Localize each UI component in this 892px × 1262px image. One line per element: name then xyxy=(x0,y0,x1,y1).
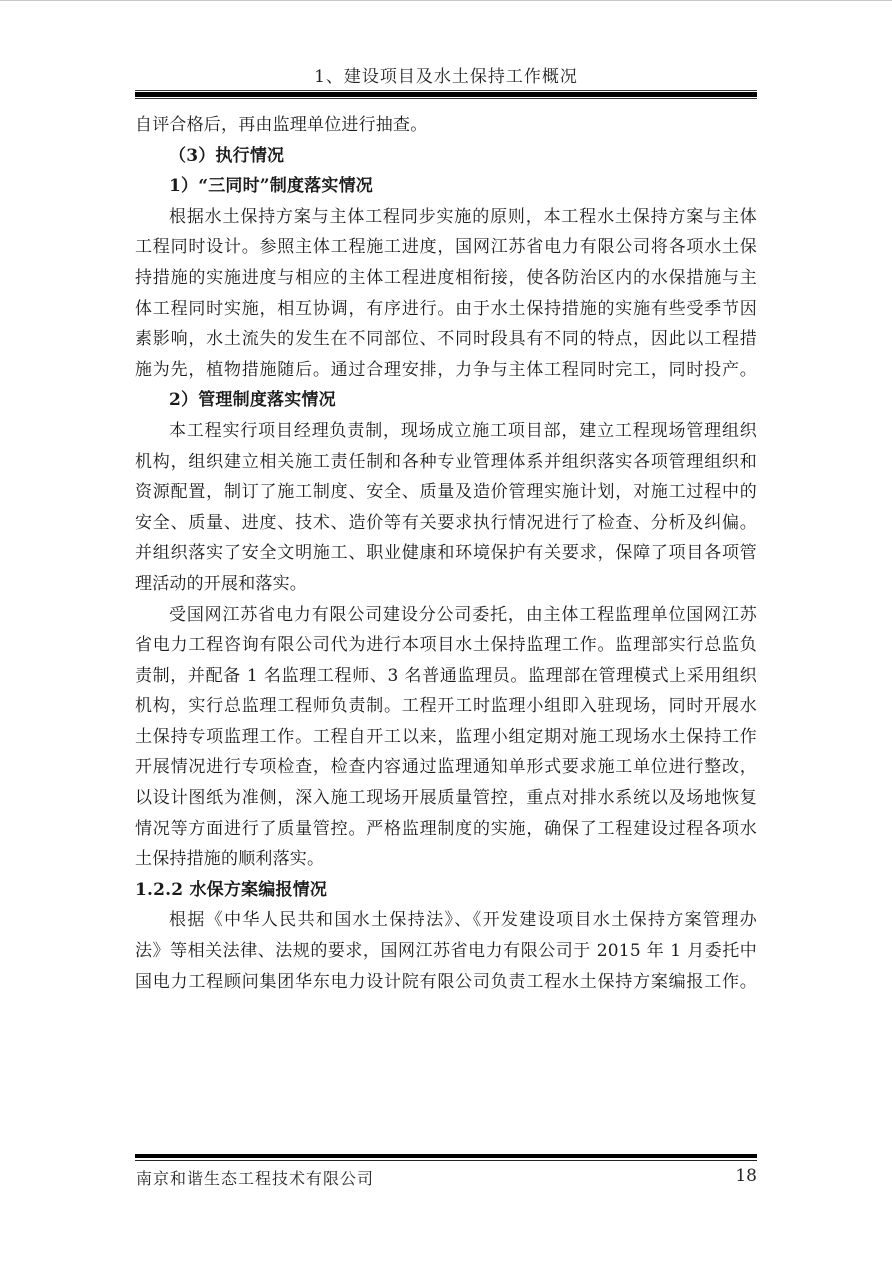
paragraph-line: 法》等相关法律、法规的要求，国网江苏省电力有限公司于 2015 年 1 月委托中 xyxy=(135,936,757,967)
paragraph-line: 机构，组织建立相关施工责任制和各种专业管理体系并组织落实各项管理组织和 xyxy=(135,447,757,478)
paragraph-line: 责制，并配备 1 名监理工程师、3 名普通监理员。监理部在管理模式上采用组织 xyxy=(135,661,757,692)
paragraph-line: 机构，实行总监理工程师负责制。工程开工时监理小组即入驻现场，同时开展水 xyxy=(135,691,757,722)
paragraph-line: 情况等方面进行了质量管控。严格监理制度的实施，确保了工程建设过程各项水 xyxy=(135,814,757,845)
paragraph-line: 以设计图纸为准侧，深入施工现场开展质量管控，重点对排水系统以及场地恢复 xyxy=(135,783,757,814)
paragraph-line: 开展情况进行专项检查，检查内容通过监理通知单形式要求施工单位进行整改， xyxy=(135,752,757,783)
paragraph-line: 省电力工程咨询有限公司代为进行本项目水土保持监理工作。监理部实行总监负 xyxy=(135,630,757,661)
subsection-heading: 2）管理制度落实情况 xyxy=(135,385,757,416)
paragraph-line: 国电力工程顾问集团华东电力设计院有限公司负责工程水土保持方案编报工作。 xyxy=(135,967,757,998)
subsection-heading: 1）“三同时”制度落实情况 xyxy=(135,171,757,202)
page-number: 18 xyxy=(735,1166,757,1186)
header-rule xyxy=(135,90,757,99)
paragraph-line: 根据《中华人民共和国水土保持法》、《开发建设项目水土保持方案管理办 xyxy=(135,905,757,936)
paragraph-line: 本工程实行项目经理负责制，现场成立施工项目部，建立工程现场管理组织 xyxy=(135,416,757,447)
section-heading: （3）执行情况 xyxy=(135,141,757,172)
paragraph-line: 工程同时设计。参照主体工程施工进度，国网江苏省电力有限公司将各项水土保 xyxy=(135,232,757,263)
document-body: 自评合格后，再由监理单位进行抽查。 （3）执行情况 1）“三同时”制度落实情况 … xyxy=(135,110,757,997)
paragraph-line: 土保持措施的顺利落实。 xyxy=(135,844,757,875)
page-top-border xyxy=(0,0,892,1)
footer-company-name: 南京和谐生态工程技术有限公司 xyxy=(136,1166,374,1189)
section-heading-1-2-2: 1.2.2 水保方案编报情况 xyxy=(135,875,757,906)
body-line: 自评合格后，再由监理单位进行抽查。 xyxy=(135,110,757,141)
footer-rule xyxy=(135,1154,757,1161)
paragraph-line: 施为先，植物措施随后。通过合理安排，力争与主体工程同时完工，同时投产。 xyxy=(135,355,757,386)
paragraph-line: 素影响，水土流失的发生在不同部位、不同时段具有不同的特点，因此以工程措 xyxy=(135,324,757,355)
paragraph-line: 土保持专项监理工作。工程自开工以来，监理小组定期对施工现场水土保持工作 xyxy=(135,722,757,753)
paragraph-line: 安全、质量、进度、技术、造价等有关要求执行情况进行了检查、分析及纠偏。 xyxy=(135,508,757,539)
paragraph-line: 体工程同时实施，相互协调，有序进行。由于水土保持措施的实施有些受季节因 xyxy=(135,294,757,325)
running-header-title: 1、建设项目及水土保持工作概况 xyxy=(135,62,757,87)
paragraph-line: 受国网江苏省电力有限公司建设分公司委托，由主体工程监理单位国网江苏 xyxy=(135,600,757,631)
paragraph-line: 根据水土保持方案与主体工程同步实施的原则，本工程水土保持方案与主体 xyxy=(135,202,757,233)
paragraph-line: 持措施的实施进度与相应的主体工程进度相衔接，使各防治区内的水保措施与主 xyxy=(135,263,757,294)
paragraph-line: 资源配置，制订了施工制度、安全、质量及造价管理实施计划，对施工过程中的 xyxy=(135,477,757,508)
paragraph-line: 理活动的开展和落实。 xyxy=(135,569,757,600)
paragraph-line: 并组织落实了安全文明施工、职业健康和环境保护有关要求，保障了项目各项管 xyxy=(135,538,757,569)
